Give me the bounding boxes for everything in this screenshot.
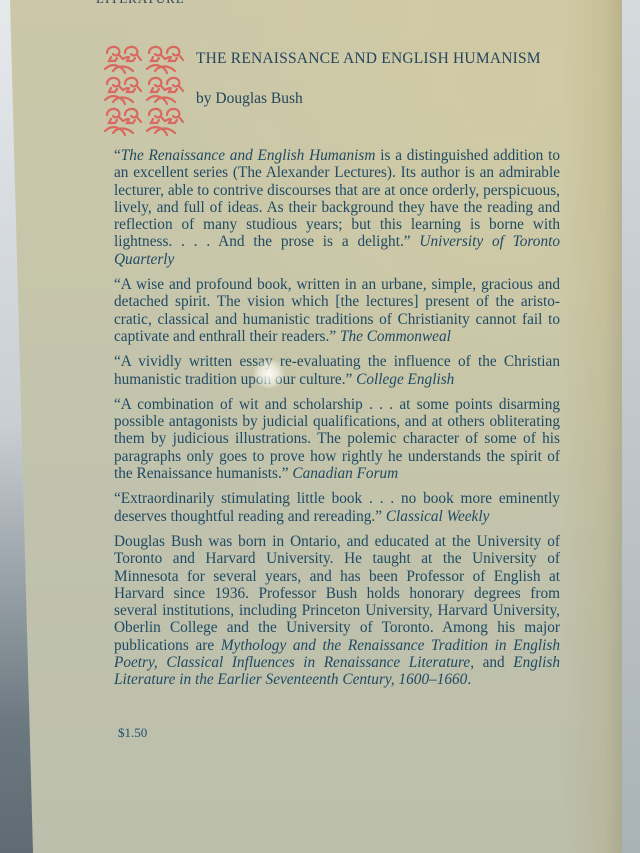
author-bio: Douglas Bush was born in Ontario, and ed…	[114, 533, 560, 689]
ornament-icon	[103, 43, 187, 137]
review-source: The Commonweal	[340, 328, 451, 345]
review-quote: “The Renaissance and English Humanism is…	[114, 147, 560, 268]
author-byline: by Douglas Bush	[196, 90, 303, 108]
review-quote: “Extraordinarily stimulating little book…	[114, 490, 560, 525]
review-source: Classical Weekly	[386, 508, 490, 525]
review-quote: “A combination of wit and scholarship . …	[114, 396, 560, 482]
review-source: Canadian Forum	[292, 465, 398, 482]
running-head: LITERATURE	[96, 0, 185, 7]
review-list: “The Renaissance and English Humanism is…	[114, 147, 560, 525]
review-source: College English	[356, 371, 454, 388]
review-quote: “A wise and profound book, written in an…	[114, 276, 560, 345]
book-title: THE RENAISSANCE AND ENGLISH HUMANISM	[196, 50, 541, 68]
blurb-content: “The Renaissance and English Humanism is…	[114, 147, 560, 697]
review-quote: “A vividly written essay re-evaluating t…	[114, 353, 560, 388]
price-label: $1.50	[118, 725, 147, 741]
